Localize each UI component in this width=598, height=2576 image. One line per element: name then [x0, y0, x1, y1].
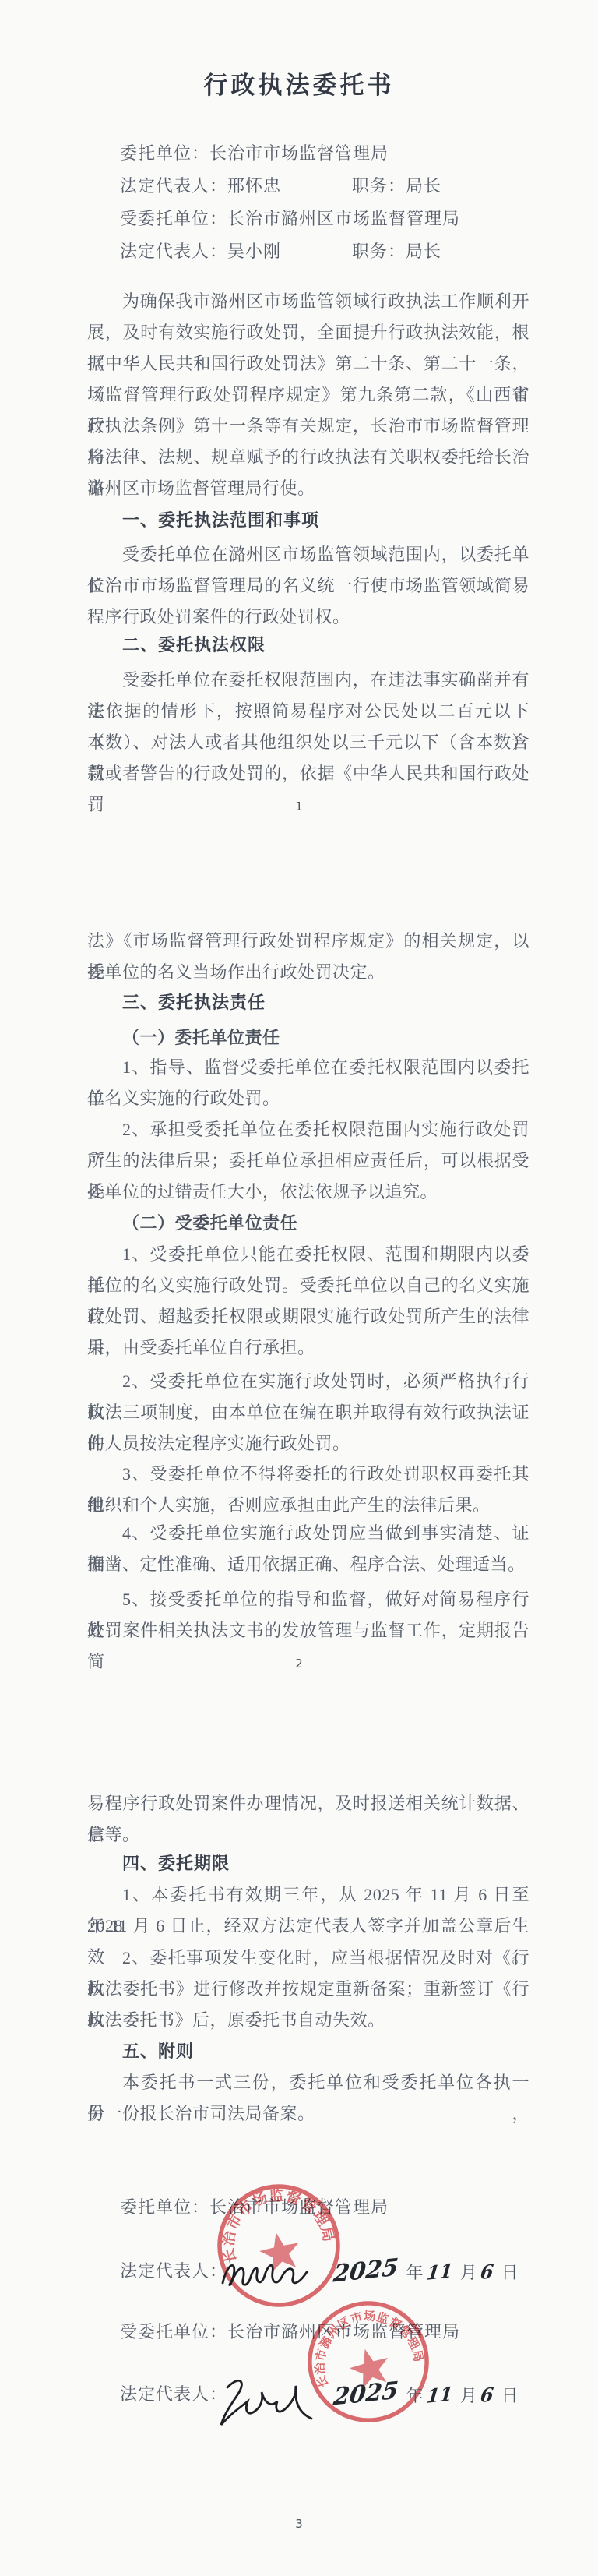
day-unit: 日 — [501, 2386, 519, 2405]
doc-line: 场监督管理行政处罚程序规定》第九条第二款，《山西省行 — [87, 379, 529, 411]
doc-line: 为确保我市潞州区市场监管领域行政执法工作顺利开 — [87, 286, 529, 317]
entrusting-unit-line: 委托单位：长治市市场监督管理局 — [120, 137, 556, 170]
doc-line: 的人员按法定程序实施行政处罚。 — [87, 1428, 529, 1459]
item-2-1: 1、受委托单位只能在委托权限、范围和期限内以委托 单位的名义实施行政处罚。受委托… — [87, 1239, 529, 1364]
header-block: 委托单位：长治市市场监督管理局 法定代表人：邢怀忠 职务：局长 受委托单位：长治… — [120, 137, 556, 268]
svg-text:长治市潞州区市场监督管理局: 长治市潞州区市场监督管理局 — [301, 2297, 426, 2390]
month-unit: 月 — [460, 2263, 477, 2282]
doc-line: 展，及时有效实施行政处罚，全面提升行政执法效能，根据 — [87, 317, 529, 348]
item-2-5-continuation: 易程序行政处罚案件办理情况，及时报送相关统计数据、信 息等。 — [87, 1788, 529, 1851]
legal-rep-2: 法定代表人：吴小刚 — [120, 242, 281, 261]
doc-line: 易程序行政处罚案件办理情况，及时报送相关统计数据、信 — [87, 1788, 529, 1819]
doc-line: 受委托单位在潞州区市场监管领域范围内，以委托单位 — [87, 539, 529, 570]
doc-line: 托单位的名义当场作出行政处罚决定。 — [87, 957, 529, 988]
section-heading-5: 五、附则 — [87, 2036, 529, 2067]
doc-line: 2、委托事项发生变化时，应当根据情况及时对《行政 — [87, 1943, 529, 1974]
doc-line: 1、指导、监督受委托单位在委托权限范围内以委托单 — [87, 1052, 529, 1083]
doc-line: 潞州区市场监督管理局行使。 — [87, 473, 529, 504]
section-1-paragraph: 受委托单位在潞州区市场监管领域范围内，以委托单位 长治市市场监督管理局的名义统一… — [87, 539, 529, 633]
doc-line: 5、接受委托单位的指导和监督，做好对简易程序行政 — [87, 1584, 529, 1615]
section-heading-3: 三、委托执法责任 — [87, 987, 529, 1018]
handwritten-year: 2025 — [332, 2250, 400, 2292]
doc-line: 确凿、定性准确、适用依据正确、程序合法、处理适当。 — [87, 1549, 529, 1580]
position-1: 职务：局长 — [352, 170, 441, 203]
handwritten-year: 2025 — [332, 2373, 400, 2415]
item-1-2: 2、承担受委托单位在委托权限范围内实施行政处罚所 产生的法律后果；委托单位承担相… — [87, 1114, 529, 1208]
doc-line: 单位的名义实施行政处罚。受委托单位以自己的名义实施行 — [87, 1270, 529, 1301]
intro-paragraph: 为确保我市潞州区市场监管领域行政执法工作顺利开 展，及时有效实施行政处罚，全面提… — [87, 286, 529, 504]
document-title: 行政执法委托书 — [0, 65, 598, 101]
handwritten-day: 6 — [479, 2377, 495, 2413]
handwritten-month: 11 — [424, 2253, 454, 2291]
legal-rep-line-2: 法定代表人：吴小刚 职务：局长 — [120, 235, 556, 268]
section-2-paragraph: 受委托单位在委托权限范围内，在违法事实确凿并有法 定依据的情形下，按照简易程序对… — [87, 665, 529, 789]
signing-rep-label-2: 法定代表人： — [120, 2379, 227, 2410]
year-unit: 年 — [406, 2263, 424, 2282]
doc-line: 法》《市场监督管理行政处罚程序规定》的相关规定，以委 — [87, 926, 529, 957]
doc-line: 位名义实施的行政处罚。 — [87, 1083, 529, 1114]
doc-line: 年 11 月 6 日止，经双方法定代表人签字并加盖公章后生效。 — [87, 1911, 529, 1942]
year-unit: 年 — [406, 2386, 424, 2405]
legal-rep-line-1: 法定代表人：邢怀忠 职务：局长 — [120, 170, 556, 203]
doc-line: 《中华人民共和国行政处罚法》第二十条、第二十一条，《市 — [87, 348, 529, 379]
item-2-3: 3、受委托单位不得将委托的行政处罚职权再委托其他 组织和个人实施，否则应承担由此… — [87, 1459, 529, 1521]
seal-text: 长治市潞州区市场监督管理局 — [301, 2297, 426, 2390]
doc-line: 款或者警告的行政处罚的，依据《中华人民共和国行政处罚 — [87, 758, 529, 789]
subheading-1: （一）委托单位责任 — [87, 1022, 529, 1053]
doc-line: 1、本委托书有效期三年，从 2025 年 11 月 6 日至 2028 — [87, 1879, 529, 1911]
scanned-document: 行政执法委托书 委托单位：长治市市场监督管理局 法定代表人：邢怀忠 职务：局长 … — [0, 0, 598, 2576]
handwritten-month: 11 — [424, 2377, 454, 2414]
day-unit: 日 — [501, 2263, 519, 2282]
doc-line: 政处罚、超越委托权限或期限实施行政处罚所产生的法律后 — [87, 1301, 529, 1332]
signing-rep-label-1: 法定代表人： — [120, 2256, 227, 2287]
closing-paragraph: 本委托书一式三份，委托单位和受委托单位各执一份， 另一份报长治市司法局备案。 — [87, 2067, 529, 2130]
entrusted-unit-line: 受委托单位：长治市潞州区市场监督管理局 — [120, 203, 556, 235]
doc-line: 受委托单位在委托权限范围内，在违法事实确凿并有法 — [87, 665, 529, 696]
page-number-1: 1 — [0, 799, 598, 813]
signature-wu-xiaogang — [216, 2373, 318, 2440]
item-2-4: 4、受委托单位实施行政处罚应当做到事实清楚、证据 确凿、定性准确、适用依据正确、… — [87, 1518, 529, 1580]
doc-line: 定依据的情形下，按照简易程序对公民处以二百元以下（含 — [87, 696, 529, 727]
doc-line: 本数）、对法人或者其他组织处以三千元以下（含本数）罚 — [87, 727, 529, 758]
doc-line: 3、受委托单位不得将委托的行政处罚职权再委托其他 — [87, 1459, 529, 1490]
doc-line: 将法律、法规、规章赋予的行政执法有关职权委托给长治市 — [87, 442, 529, 473]
doc-line: 处罚案件相关执法文书的发放管理与监督工作，定期报告简 — [87, 1615, 529, 1646]
doc-line: 果，由受委托单位自行承担。 — [87, 1332, 529, 1364]
doc-line: 息等。 — [87, 1819, 529, 1851]
doc-line: 执法委托书》后，原委托书自动失效。 — [87, 2005, 529, 2036]
doc-line: 2、承担受委托单位在委托权限范围内实施行政处罚所 — [87, 1114, 529, 1145]
doc-line: 2、受委托单位在实施行政处罚时，必须严格执行行政 — [87, 1366, 529, 1397]
section-heading-1: 一、委托执法范围和事项 — [87, 505, 529, 536]
doc-line: 托单位的过错责任大小，依法依规予以追究。 — [87, 1177, 529, 1208]
legal-rep-1: 法定代表人：邢怀忠 — [120, 176, 281, 196]
page-number-3: 3 — [0, 2517, 598, 2531]
item-1-1: 1、指导、监督受委托单位在委托权限范围内以委托单 位名义实施的行政处罚。 — [87, 1052, 529, 1114]
doc-line: 长治市市场监督管理局的名义统一行使市场监管领域简易 — [87, 570, 529, 602]
doc-line: 政执法条例》第十一条等有关规定，长治市市场监督管理局 — [87, 411, 529, 442]
doc-line: 执法委托书》进行修改并按规定重新备案；重新签订《行政 — [87, 1974, 529, 2005]
doc-line: 4、受委托单位实施行政处罚应当做到事实清楚、证据 — [87, 1518, 529, 1549]
official-seal-entrusting-unit: 长治市市场监督管理局 — [203, 2170, 355, 2322]
item-4-2: 2、委托事项发生变化时，应当根据情况及时对《行政 执法委托书》进行修改并按规定重… — [87, 1943, 529, 2036]
section-heading-4: 四、委托期限 — [87, 1848, 529, 1879]
doc-line: 执法三项制度，由本单位在编在职并取得有效行政执法证件 — [87, 1397, 529, 1428]
item-4-1: 1、本委托书有效期三年，从 2025 年 11 月 6 日至 2028 年 11… — [87, 1879, 529, 1942]
handwritten-day: 6 — [479, 2254, 495, 2290]
signing-date-1: 2025年11月6日 — [333, 2254, 522, 2290]
signing-date-2: 2025年11月6日 — [333, 2377, 522, 2413]
section-2-continuation: 法》《市场监督管理行政处罚程序规定》的相关规定，以委 托单位的名义当场作出行政处… — [87, 926, 529, 988]
doc-line: 组织和个人实施，否则应承担由此产生的法律后果。 — [87, 1490, 529, 1521]
item-2-5: 5、接受委托单位的指导和监督，做好对简易程序行政 处罚案件相关执法文书的发放管理… — [87, 1584, 529, 1646]
month-unit: 月 — [460, 2386, 477, 2405]
item-2-2: 2、受委托单位在实施行政处罚时，必须严格执行行政 执法三项制度，由本单位在编在职… — [87, 1366, 529, 1459]
subheading-2: （二）受委托单位责任 — [87, 1208, 529, 1239]
signature-xing-huaizhong — [220, 2249, 313, 2295]
doc-line: 1、受委托单位只能在委托权限、范围和期限内以委托 — [87, 1239, 529, 1270]
page-number-2: 2 — [0, 1657, 598, 1671]
section-heading-2: 二、委托执法权限 — [87, 630, 529, 661]
doc-line: 程序行政处罚案件的行政处罚权。 — [87, 602, 529, 633]
position-2: 职务：局长 — [352, 235, 441, 268]
doc-line: 本委托书一式三份，委托单位和受委托单位各执一份， — [87, 2067, 529, 2098]
doc-line: 产生的法律后果；委托单位承担相应责任后，可以根据受委 — [87, 1145, 529, 1177]
